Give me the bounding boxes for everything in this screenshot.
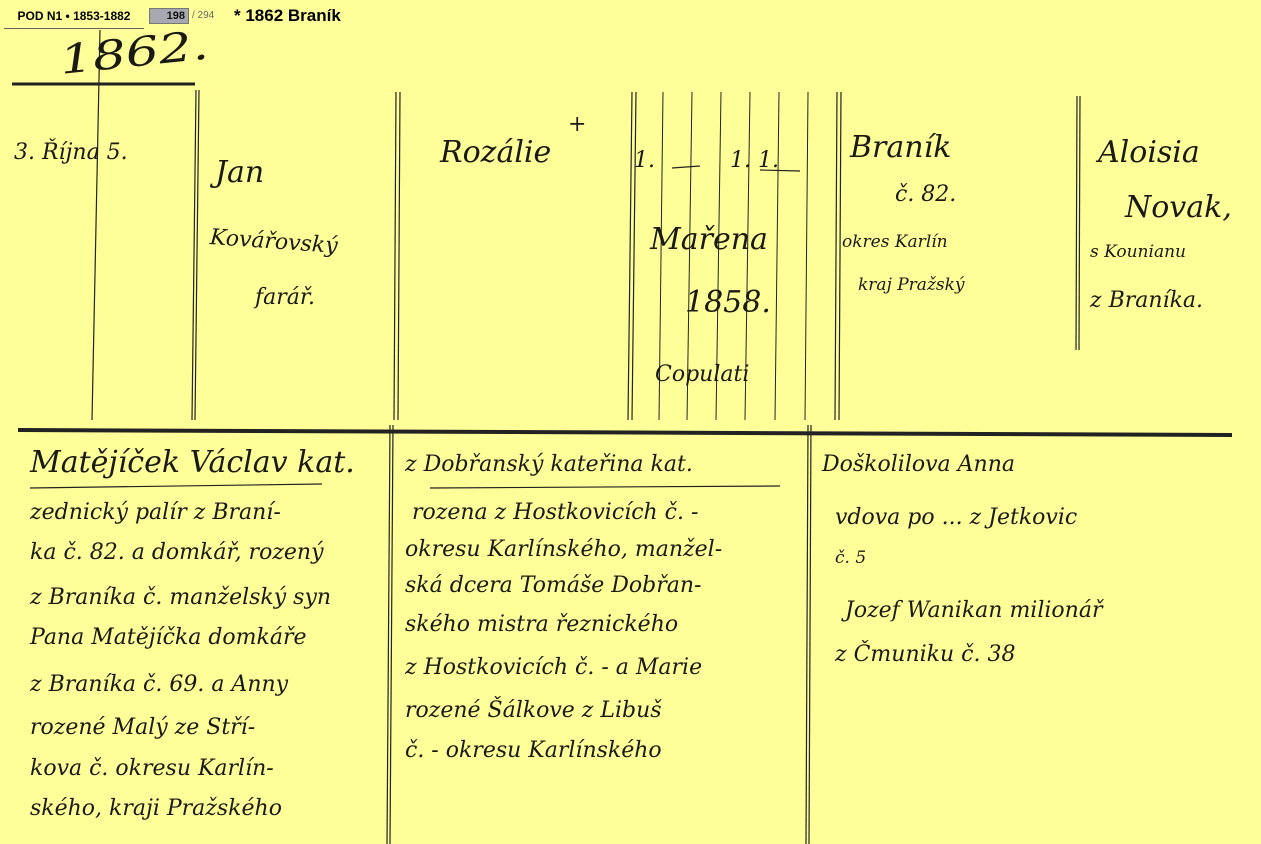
- godparent-line-1: Doškolilova Anna: [822, 452, 1015, 477]
- record-title: * 1862 Braník: [234, 4, 341, 28]
- father-line-9: ského, kraji Pražského: [30, 796, 282, 821]
- page-number-input[interactable]: 198: [149, 8, 189, 24]
- residence-line-4: kraj Pražský: [858, 275, 965, 295]
- copulati: Copulati: [655, 362, 749, 387]
- father-line-6: z Braníka č. 69. a Anny: [30, 672, 288, 697]
- mother-line-7: rozené Šálkove z Libuš: [405, 698, 662, 723]
- residence-line-2: č. 82.: [895, 182, 956, 207]
- priest-line-3: farář.: [255, 285, 315, 310]
- register-label[interactable]: POD N1 • 1853-1882: [4, 4, 144, 29]
- father-line-7: rozené Malý ze Stří-: [30, 715, 255, 740]
- mother-line-1: z Dobřanský kateřina kat.: [405, 452, 693, 477]
- father-line-4: z Braníka č. manželský syn: [30, 585, 331, 610]
- mother-line-3: okresu Karlínského, manžel-: [405, 537, 722, 562]
- tick-1: 1.: [634, 148, 655, 173]
- godparent-line-2: vdova po ... z Jetkovic: [835, 505, 1077, 530]
- mother-line-6: z Hostkovicích č. - a Marie: [405, 655, 702, 680]
- godparent-line-3: č. 5: [835, 548, 866, 568]
- residence-line-3: okres Karlín: [842, 232, 948, 252]
- father-line-3: ka č. 82. a domkář, rozený: [30, 540, 324, 565]
- year-heading: 1862.: [58, 23, 211, 84]
- entry-date: 3. Října 5.: [14, 140, 128, 165]
- father-line-5: Pana Matějíčka domkáře: [30, 625, 307, 650]
- name-mark: +: [568, 112, 586, 137]
- priest-line-2: Kovářovský: [209, 225, 338, 259]
- godparent-line-5: z Čmuniku č. 38: [835, 642, 1015, 667]
- child-name: Rozálie: [440, 135, 551, 170]
- residence-line-1: Braník: [850, 130, 951, 165]
- father-line-2: zednický palír z Braní-: [30, 500, 281, 525]
- father-line-1: Matějíček Václav kat.: [30, 445, 355, 480]
- midwife-line-4: z Braníka.: [1090, 288, 1203, 313]
- father-line-8: kova č. okresu Karlín-: [30, 756, 274, 781]
- tick-2: 1.: [730, 148, 751, 173]
- mother-line-5: ského mistra řeznického: [405, 612, 678, 637]
- midwife-line-1: Aloisia: [1098, 135, 1200, 170]
- mother-first-name: Mařena: [650, 222, 768, 257]
- mother-line-2: rozena z Hostkovicích č. -: [412, 500, 698, 525]
- tick-3: 1.: [758, 148, 779, 173]
- priest-line-1: Jan: [215, 155, 264, 190]
- year-1858: 1858.: [685, 285, 771, 320]
- midwife-line-3: s Kounianu: [1090, 242, 1186, 262]
- page-total: / 294: [192, 8, 214, 24]
- mother-line-8: č. - okresu Karlínského: [405, 738, 662, 763]
- midwife-line-2: Novak,: [1125, 190, 1232, 225]
- godparent-line-4: Jozef Wanikan milionář: [845, 598, 1102, 623]
- mother-line-4: ská dcera Tomáše Dobřan-: [405, 573, 701, 598]
